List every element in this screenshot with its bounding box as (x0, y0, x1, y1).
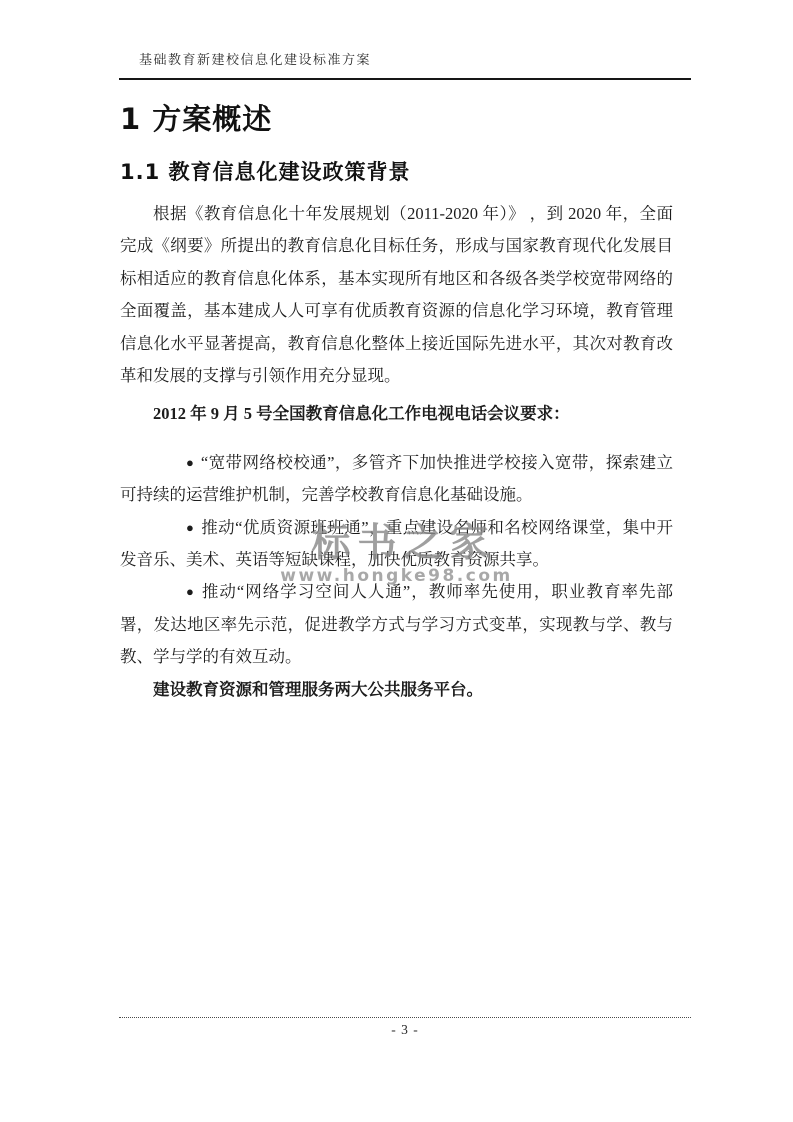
document-page: 基础教育新建校信息化建设标准方案 1 方案概述 1.1 教育信息化建设政策背景 … (0, 0, 793, 1122)
running-header-title: 基础教育新建校信息化建设标准方案 (119, 49, 691, 68)
bullet-icon: ● (153, 447, 194, 479)
document-body: 1 方案概述 1.1 教育信息化建设政策背景 根据《教育信息化十年发展规划（20… (120, 81, 673, 706)
bullet-list: ●“宽带网络校校通”，多管齐下加快推进学校接入宽带，探索建立可持续的运营维护机制… (120, 447, 673, 674)
footer-divider (119, 1017, 691, 1018)
paragraph-conference-requirement: 2012 年 9 月 5 号全国教育信息化工作电视电话会议要求： (120, 398, 673, 430)
page-header: 基础教育新建校信息化建设标准方案 (119, 0, 691, 80)
section-heading: 1.1 教育信息化建设政策背景 (120, 158, 673, 186)
page-footer: - 3 - (119, 1017, 691, 1038)
bullet-item-quality-resources: ●推动“优质资源班班通”，重点建设名师和名校网络课堂，集中开发音乐、美术、英语等… (120, 512, 673, 577)
bullet-text-quality-resources: 推动“优质资源班班通”，重点建设名师和名校网络课堂，集中开发音乐、美术、英语等短… (120, 518, 673, 569)
page-number: - 3 - (119, 1022, 691, 1038)
paragraph-policy-background: 根据《教育信息化十年发展规划（2011-2020 年）》 ，到 2020 年，全… (120, 198, 673, 392)
bullet-text-broadband: “宽带网络校校通”，多管齐下加快推进学校接入宽带，探索建立可持续的运营维护机制，… (120, 453, 673, 504)
chapter-heading: 1 方案概述 (120, 101, 673, 137)
bullet-icon: ● (153, 512, 194, 544)
paragraph-platforms: 建设教育资源和管理服务两大公共服务平台。 (120, 674, 673, 706)
bullet-item-broadband: ●“宽带网络校校通”，多管齐下加快推进学校接入宽带，探索建立可持续的运营维护机制… (120, 447, 673, 512)
bullet-item-learning-space: ●推动“网络学习空间人人通”，教师率先使用，职业教育率先部署，发达地区率先示范，… (120, 576, 673, 673)
bullet-icon: ● (153, 576, 194, 608)
bullet-text-learning-space: 推动“网络学习空间人人通”，教师率先使用，职业教育率先部署，发达地区率先示范，促… (120, 582, 673, 666)
